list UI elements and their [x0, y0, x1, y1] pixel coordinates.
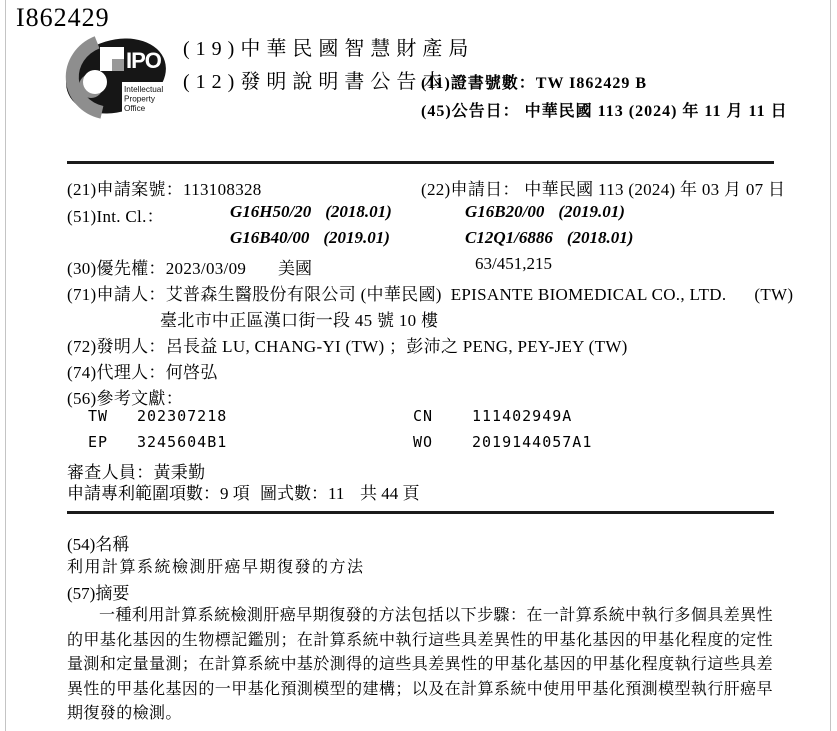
- reference-country-code: EP: [88, 433, 108, 451]
- figures-count: 圖式數：11: [260, 479, 344, 504]
- applicant-country: (TW): [754, 285, 793, 304]
- agent-row: (74)代理人：何啓弘: [67, 358, 218, 383]
- int-cl-code: G16B40/00: [230, 228, 309, 247]
- applicant-name-cn: 艾普森生醫股份有限公司 (中華民國): [166, 285, 442, 304]
- application-date-value: 中華民國 113 (2024) 年 03 月 07 日: [520, 180, 786, 199]
- patent-number: I862429: [16, 3, 110, 33]
- applicant-address: 臺北市中正區漢口街一段 45 號 10 樓: [160, 311, 438, 330]
- ipo-logo-acronym: IPO: [126, 48, 162, 73]
- int-cl-label-row: (51)Int. Cl.：: [67, 202, 164, 227]
- int-cl-entry: C12Q1/6886(2018.01): [465, 228, 633, 248]
- title-section-label: (54)名稱: [67, 530, 129, 555]
- agent-value: 何啓弘: [166, 363, 218, 382]
- agent-label: (74)代理人：: [67, 363, 166, 382]
- inventors-row: (72)發明人：呂長益 LU, CHANG-YI (TW) ；彭沛之 PENG,…: [67, 332, 628, 357]
- priority-label: (30)優先權：: [67, 259, 166, 278]
- int-cl-label: (51)Int. Cl.：: [67, 207, 164, 226]
- patent-document-page: I862429 IPO Intellectual Property Office…: [0, 0, 837, 731]
- ipo-logo-caption-line2: Property: [124, 95, 156, 104]
- int-cl-version: (2018.01): [567, 228, 634, 247]
- reference-number: 111402949A: [472, 407, 572, 425]
- divider-rule-top: [67, 161, 774, 164]
- references-label: (56)參考文獻：: [67, 389, 183, 408]
- int-cl-code: C12Q1/6886: [465, 228, 553, 247]
- doc-type-line: (12)發明說明書公告本: [183, 65, 448, 94]
- priority-date: 2023/03/09: [166, 259, 246, 278]
- priority-row: (30)優先權：2023/03/09: [67, 254, 246, 279]
- int-cl-version: (2018.01): [325, 202, 392, 221]
- inventors-value: 呂長益 LU, CHANG-YI (TW) ；彭沛之 PENG, PEY-JEY…: [166, 337, 628, 356]
- page-edge-line-left: [5, 0, 6, 731]
- application-number-row: (21)申請案號：113108328: [67, 175, 262, 200]
- pages-count: 共 44 頁: [360, 479, 420, 504]
- int-cl-code: G16H50/20: [230, 202, 311, 221]
- cert-number-line: (11)證書號數：TW I862429 B: [421, 70, 647, 93]
- ipo-logo-graphic: IPO Intellectual Property Office: [60, 30, 172, 125]
- application-number-label: (21)申請案號：: [67, 180, 183, 199]
- applicant-name-en: EPISANTE BIOMEDICAL CO., LTD.: [451, 285, 727, 304]
- ipo-logo-caption-line1: Intellectual: [124, 85, 163, 94]
- reference-country-code: CN: [413, 407, 433, 425]
- int-cl-version: (2019.01): [558, 202, 625, 221]
- ipo-logo-caption-line3: Office: [124, 104, 146, 113]
- priority-country: 美國: [278, 254, 312, 279]
- publication-date-line: (45)公告日： 中華民國 113 (2024) 年 11 月 11 日: [421, 98, 788, 121]
- office-name-line: (19)中華民國智慧財產局: [183, 32, 474, 61]
- references-label-row: (56)參考文獻：: [67, 384, 183, 409]
- reference-country-code: WO: [413, 433, 433, 451]
- application-date-row: (22)申請日： 中華民國 113 (2024) 年 03 月 07 日: [421, 175, 785, 200]
- page-edge-line-right: [830, 0, 831, 731]
- abstract-section-label: (57)摘要: [67, 579, 129, 604]
- ipo-logo: IPO Intellectual Property Office: [60, 30, 172, 125]
- reference-country-code: TW: [88, 407, 108, 425]
- application-number-value: 113108328: [183, 180, 262, 199]
- int-cl-entry: G16B40/00(2019.01): [230, 228, 390, 248]
- divider-rule-bottom: [67, 511, 774, 514]
- invention-title: 利用計算系統檢測肝癌早期復發的方法: [67, 554, 365, 577]
- reference-number: 2019144057A1: [472, 433, 592, 451]
- int-cl-code: G16B20/00: [465, 202, 544, 221]
- int-cl-version: (2019.01): [323, 228, 390, 247]
- claims-count: 申請專利範圍項數：9 項: [67, 479, 250, 504]
- application-date-label: (22)申請日：: [421, 180, 520, 199]
- applicant-address-row: 臺北市中正區漢口街一段 45 號 10 樓: [160, 306, 438, 331]
- applicant-row: (71)申請人：艾普森生醫股份有限公司 (中華民國)EPISANTE BIOME…: [67, 280, 793, 305]
- reference-number: 202307218: [137, 407, 227, 425]
- int-cl-entry: G16B20/00(2019.01): [465, 202, 625, 222]
- inventors-label: (72)發明人：: [67, 337, 166, 356]
- reference-number: 3245604B1: [137, 433, 227, 451]
- abstract-text: 一種利用計算系統檢測肝癌早期復發的方法包括以下步驟：在一計算系統中執行多個具差異…: [67, 604, 773, 727]
- int-cl-entry: G16H50/20(2018.01): [230, 202, 392, 222]
- applicant-label: (71)申請人：: [67, 285, 166, 304]
- priority-number: 63/451,215: [475, 254, 552, 274]
